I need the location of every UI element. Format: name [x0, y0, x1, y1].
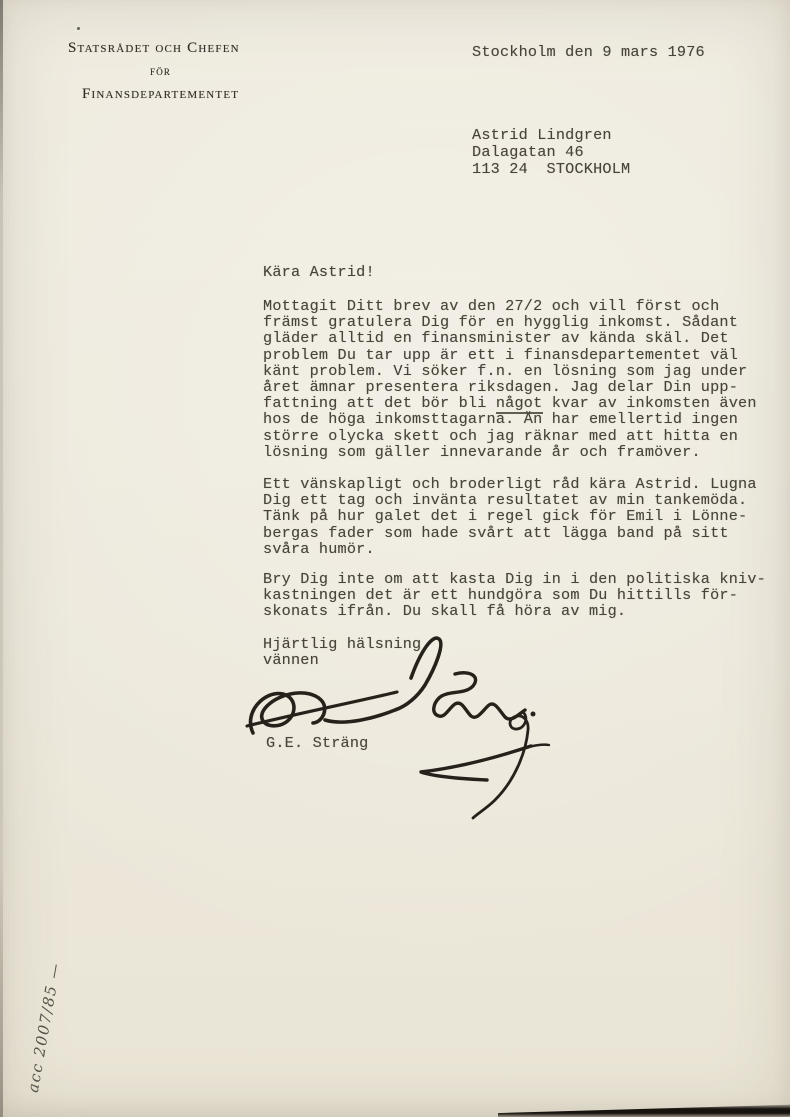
- typed-signature-name: G.E. Sträng: [266, 735, 368, 751]
- scan-shadow-bottom-right: [498, 1103, 790, 1117]
- recipient-name: Astrid Lindgren: [472, 127, 630, 144]
- recipient-postal-city: 113 24 STOCKHOLM: [472, 161, 630, 178]
- letterhead-line3: Finansdepartementet: [82, 86, 239, 103]
- accession-note: acc 2007/85 —: [24, 917, 76, 1094]
- scan-edge-left: [0, 0, 3, 1117]
- letterhead-line1: Statsrådet och Chefen: [68, 40, 240, 57]
- recipient-address: Astrid Lindgren Dalagatan 46 113 24 STOC…: [472, 127, 630, 178]
- letterhead-line2: för: [150, 63, 171, 79]
- recipient-street: Dalagatan 46: [472, 144, 630, 161]
- date-line: Stockholm den 9 mars 1976: [472, 44, 705, 60]
- body-paragraph-3: Bry Dig inte om att kasta Dig in i den p…: [263, 571, 766, 620]
- underline-nagot-emphasis: [496, 412, 543, 414]
- letter-page: Statsrådet och Chefen för Finansdepartem…: [0, 0, 790, 1117]
- signature-scrawl-icon: [225, 630, 565, 820]
- body-paragraph-2: Ett vänskapligt och broderligt råd kära …: [263, 476, 757, 557]
- paper-speck: [77, 27, 80, 30]
- salutation: Kära Astrid!: [263, 264, 375, 280]
- body-paragraph-1: Mottagit Ditt brev av den 27/2 och vill …: [263, 298, 757, 460]
